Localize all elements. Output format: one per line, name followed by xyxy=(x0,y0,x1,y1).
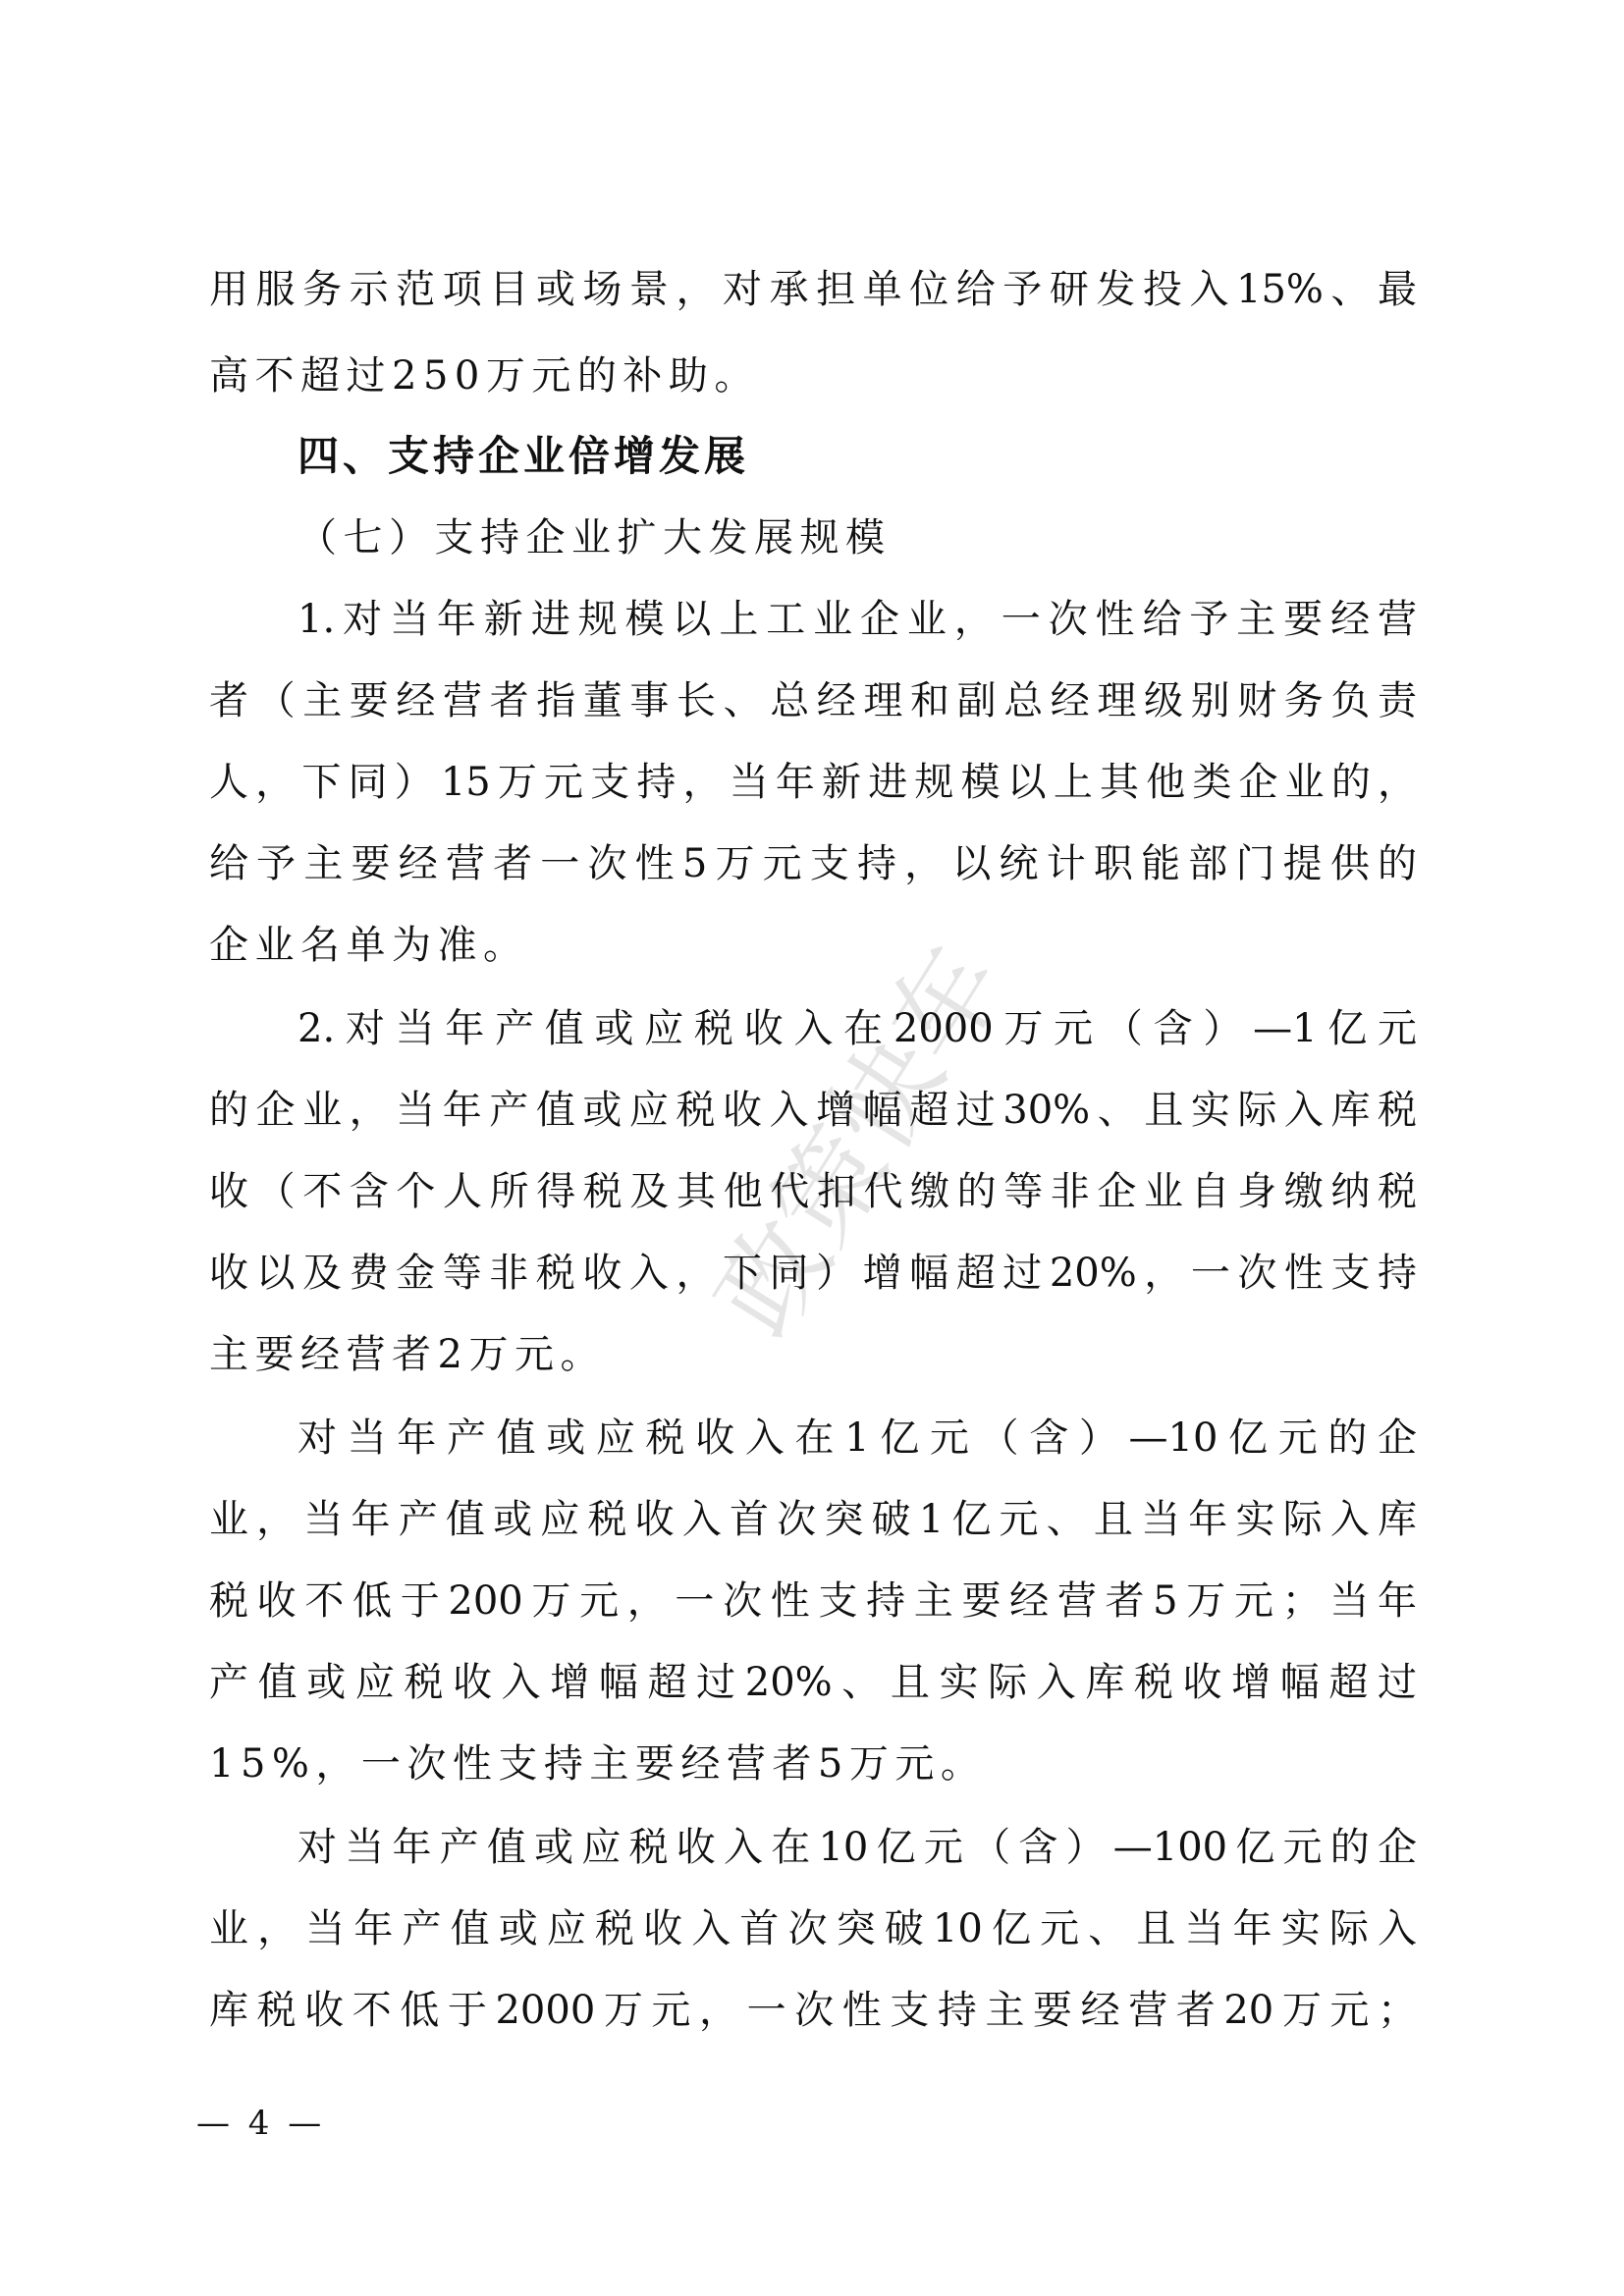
paragraph-3-line: 产值或应税收入增幅超过20%、且实际入库税收增幅超过 xyxy=(209,1641,1417,1724)
body-line: 用服务示范项目或场景，对承担单位给予研发投入15%、最 xyxy=(209,248,1417,331)
paragraph-3-line: 15%，一次性支持主要经营者5万元。 xyxy=(209,1723,1417,1805)
subsection-heading: （七）支持企业扩大发展规模 xyxy=(298,497,892,579)
section-heading: 四、支持企业倍增发展 xyxy=(298,415,749,498)
paragraph-2-line: 2.对当年产值或应税收入在2000万元（含）—1亿元 xyxy=(298,988,1417,1070)
paragraph-3-line: 税收不低于200万元，一次性支持主要经营者5万元；当年 xyxy=(209,1560,1417,1642)
page-number: — 4 — xyxy=(196,2101,325,2146)
paragraph-2-line: 的企业，当年产值或应税收入增幅超过30%、且实际入库税 xyxy=(209,1069,1417,1151)
paragraph-4-line: 库税收不低于2000万元，一次性支持主要经营者20万元； xyxy=(209,1969,1417,2052)
paragraph-4-line: 业，当年产值或应税收入首次突破10亿元、且当年实际入 xyxy=(209,1888,1417,1970)
paragraph-1-line: 1.对当年新进规模以上工业企业，一次性给予主要经营 xyxy=(298,578,1417,661)
paragraph-2-line: 收（不含个人所得税及其他代扣代缴的等非企业自身缴纳税 xyxy=(209,1150,1417,1233)
document-page: 政策快车 用服务示范项目或场景，对承担单位给予研发投入15%、最 高不超过250… xyxy=(0,0,1624,2296)
paragraph-1-line: 人，下同）15万元支持，当年新进规模以上其他类企业的， xyxy=(209,741,1417,824)
paragraph-1-line: 企业名单为准。 xyxy=(209,904,1417,987)
paragraph-3-line: 业，当年产值或应税收入首次突破1亿元、且当年实际入库 xyxy=(209,1478,1417,1561)
paragraph-2-line: 收以及费金等非税收入，下同）增幅超过20%，一次性支持 xyxy=(209,1232,1417,1314)
body-line: 高不超过250万元的补助。 xyxy=(209,335,1417,417)
paragraph-4-line: 对当年产值或应税收入在10亿元（含）—100亿元的企 xyxy=(298,1806,1417,1889)
paragraph-1-line: 者（主要经营者指董事长、总经理和副总经理级别财务负责 xyxy=(209,660,1417,742)
paragraph-3-line: 对当年产值或应税收入在1亿元（含）—10亿元的企 xyxy=(298,1397,1417,1479)
paragraph-1-line: 给予主要经营者一次性5万元支持，以统计职能部门提供的 xyxy=(209,823,1417,905)
paragraph-2-line: 主要经营者2万元。 xyxy=(209,1313,1417,1396)
